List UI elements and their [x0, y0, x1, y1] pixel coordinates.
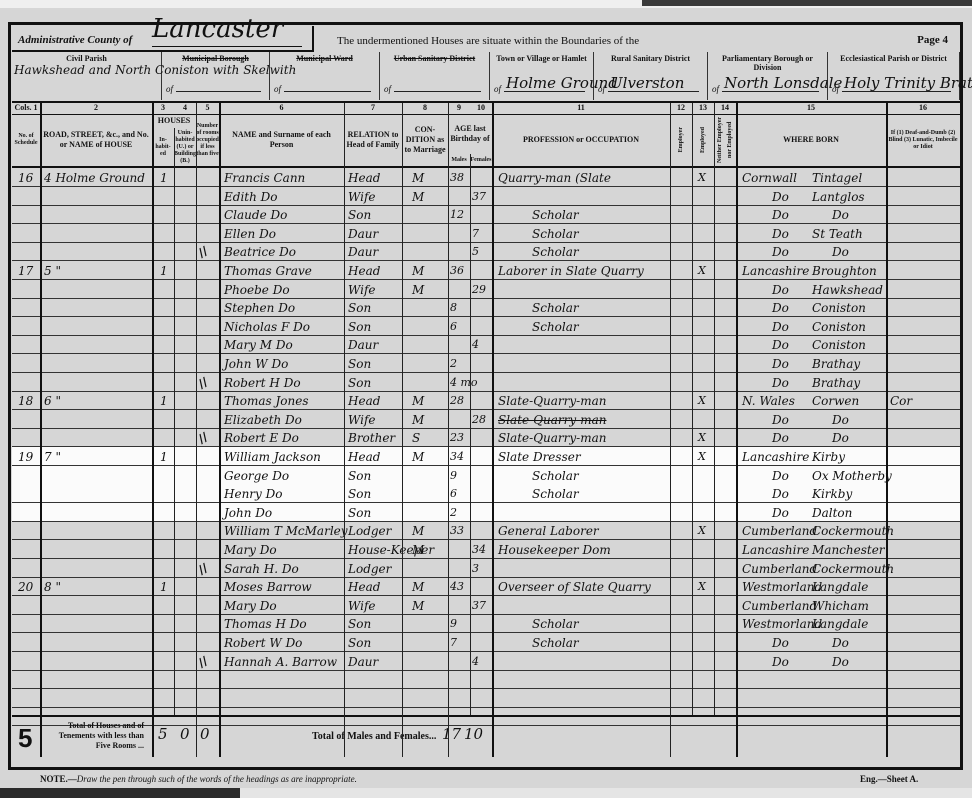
- cell-name: Nicholas F Do: [224, 317, 310, 335]
- cell-born-place: Ox Motherby: [812, 466, 892, 484]
- cell-occupation: Scholar: [532, 484, 579, 502]
- cell-name: Beatrice Do: [224, 242, 296, 260]
- district-caption: Parliamentary Borough or Division: [708, 54, 827, 72]
- heading-text: If (1) Deaf-and-Dumb (2) Blind (3) Lunat…: [888, 130, 958, 151]
- cell-condition: S: [412, 428, 420, 446]
- table-row: 208 "1Moses BarrowHeadM43Overseer of Sla…: [12, 577, 960, 596]
- column-number: 11: [492, 103, 670, 112]
- note-prefix: NOTE.—: [40, 774, 77, 784]
- heading-text: PROFESSION or OCCUPATION: [523, 135, 639, 145]
- cell-born-place: Tintagel: [812, 168, 862, 186]
- heading-text: CON-DITION as to Marriage: [404, 125, 446, 155]
- of-label: of: [712, 84, 719, 94]
- cell-name: John W Do: [224, 354, 288, 372]
- header-row: Administrative County of Lancaster The u…: [12, 26, 960, 50]
- cell-occupation: Scholar: [532, 317, 579, 335]
- cell-name: Henry Do: [224, 484, 282, 502]
- cell-born-county: Do: [772, 242, 789, 260]
- grid-line: [40, 103, 42, 757]
- houses-total-label: Total of Houses and of Tenements with le…: [52, 721, 144, 751]
- grid-line: [886, 103, 888, 757]
- cell-name: William Jackson: [224, 447, 321, 465]
- table-row: [12, 689, 960, 708]
- table-row: //Robert E DoBrotherS23Slate-Quarry-manX…: [12, 428, 960, 447]
- cell-address: 4 Holme Ground: [44, 168, 145, 186]
- heading-address: ROAD, STREET, &c., and No. or NAME of HO…: [40, 114, 152, 166]
- cell-relation: Son: [348, 373, 371, 391]
- note-text: Draw the pen through such of the words o…: [77, 774, 357, 784]
- table-row: John W DoSon2DoBrathay: [12, 354, 960, 373]
- cell-born-place: Coniston: [812, 317, 866, 335]
- cell-female-age: 4: [472, 335, 479, 353]
- cell-born-county: Do: [772, 428, 789, 446]
- table-row: Thomas H DoSon9ScholarWestmorlandLangdal…: [12, 614, 960, 633]
- cell-inhabited: 1: [160, 391, 168, 409]
- cell-born-place: Lantglos: [812, 187, 865, 205]
- cell-inhabited: 1: [160, 168, 168, 186]
- cell-occupation: Scholar: [532, 205, 579, 223]
- cell-inhabited: 1: [160, 577, 168, 595]
- cell-occupation: Slate-Quarry-man: [498, 428, 606, 446]
- cell-employed: X: [698, 447, 706, 465]
- cell-name: John Do: [224, 503, 272, 521]
- cell-male-age: 4 mo: [450, 373, 478, 391]
- cell-name: Thomas Jones: [224, 391, 309, 409]
- of-label: of: [274, 84, 281, 94]
- table-row: Robert W DoSon7ScholarDoDo: [12, 633, 960, 652]
- column-number: 6: [219, 103, 344, 112]
- column-number: 14: [714, 103, 736, 112]
- table-row: Claude DoSon12ScholarDoDo: [12, 205, 960, 224]
- cell-condition: M: [412, 540, 424, 558]
- cell-born-county: Do: [772, 373, 789, 391]
- district-caption: Town or Village or Hamlet: [490, 54, 593, 63]
- table-row: [12, 670, 960, 689]
- grid-line: [152, 103, 154, 757]
- cell-female-age: 34: [472, 540, 486, 558]
- cell-relation: Daur: [348, 242, 378, 260]
- cell-relation: Son: [348, 633, 371, 651]
- cell-condition: M: [412, 391, 424, 409]
- cell-name: Thomas H Do: [224, 614, 307, 632]
- cell-born-county: Cornwall: [742, 168, 797, 186]
- cell-female-age: 37: [472, 187, 486, 205]
- cell-relation: Wife: [348, 187, 376, 205]
- cell-relation: Daur: [348, 224, 378, 242]
- census-table: Cols. 12345678910111213141516 No. of Sch…: [12, 101, 960, 733]
- cell-occupation: Slate-Quarry-man: [498, 410, 606, 428]
- column-number: 10: [470, 103, 492, 112]
- heading-text: NAME and Surname of each Person: [221, 130, 342, 150]
- table-row: Henry DoSon6ScholarDoKirkby: [12, 484, 960, 503]
- district-caption: Municipal Borough: [162, 54, 269, 63]
- column-number: 5: [196, 103, 219, 112]
- heading-text: Males: [451, 157, 466, 164]
- boundary-text: The undermentioned Houses are situate wi…: [337, 35, 639, 47]
- cell-male-age: 9: [450, 614, 457, 632]
- heading-text: WHERE BORN: [783, 135, 839, 145]
- cell-name: Phoebe Do: [224, 280, 290, 298]
- cell-occupation: Scholar: [532, 298, 579, 316]
- district-caption: Urban Sanitary District: [380, 54, 489, 63]
- heading-name: NAME and Surname of each Person: [219, 114, 344, 166]
- males-total: 17: [442, 725, 461, 743]
- cell-inhabited: 1: [160, 261, 168, 279]
- cell-born-place: Do: [832, 242, 849, 260]
- cell-occupation: Scholar: [532, 224, 579, 242]
- district-3: Urban Sanitary Districtof: [380, 52, 490, 100]
- cell-male-age: 34: [450, 447, 464, 465]
- heading-text: Employed: [698, 127, 708, 153]
- cell-female-age: 5: [472, 242, 479, 260]
- table-row: Nicholas F DoSon6ScholarDoConiston: [12, 317, 960, 336]
- heading-rooms: Number of rooms occupied if less than fi…: [196, 114, 219, 166]
- cell-born-place: Coniston: [812, 335, 866, 353]
- column-number: 9: [448, 103, 470, 112]
- males-females-label: Total of Males and Females...: [312, 731, 436, 742]
- cell-employed: X: [698, 391, 706, 409]
- of-label: of: [832, 84, 839, 94]
- cell-born-place: Do: [832, 205, 849, 223]
- district-caption: Rural Sanitary District: [594, 54, 707, 63]
- of-label: of: [598, 84, 605, 94]
- cell-relation: Head: [348, 261, 380, 279]
- cell-male-age: 23: [450, 428, 464, 446]
- cell-schedule: 17: [18, 261, 33, 279]
- cell-address: 6 ": [44, 391, 61, 409]
- cell-relation: Son: [348, 503, 371, 521]
- cell-born-county: Do: [772, 280, 789, 298]
- cell-born-place: St Teath: [812, 224, 863, 242]
- heading-text: No. of Schedule: [14, 133, 38, 147]
- cell-name: Stephen Do: [224, 298, 295, 316]
- cell-relation: Head: [348, 577, 380, 595]
- fill-line: [176, 91, 261, 92]
- cell-relation: Wife: [348, 410, 376, 428]
- cell-born-county: Do: [772, 224, 789, 242]
- of-label: of: [166, 84, 173, 94]
- grid-line: [174, 128, 175, 715]
- uninhabited-total: 0: [180, 725, 190, 743]
- cell-name: Ellen Do: [224, 224, 276, 242]
- table-row: //Robert H DoSon4 moDoBrathay: [12, 373, 960, 392]
- heading-text: AGE last Birthday of: [450, 124, 490, 144]
- cell-relation: Head: [348, 168, 380, 186]
- heading-text: HOUSES: [158, 116, 190, 126]
- cell-schedule: 19: [18, 447, 33, 465]
- cell-born-place: Cockermouth: [812, 559, 894, 577]
- column-number: 8: [402, 103, 448, 112]
- footer-note: NOTE.—Draw the pen through such of the w…: [40, 774, 357, 784]
- cell-schedule: 18: [18, 391, 33, 409]
- column-number: 13: [692, 103, 714, 112]
- cell-schedule: 16: [18, 168, 33, 186]
- cell-employed: X: [698, 261, 706, 279]
- table-row: 197 "1William JacksonHeadM34Slate Dresse…: [12, 447, 960, 466]
- cell-male-age: 2: [450, 503, 457, 521]
- cell-name: William T McMarley: [224, 521, 348, 539]
- cell-female-age: 4: [472, 652, 479, 670]
- cell-born-county: Do: [772, 503, 789, 521]
- cell-occupation: Housekeeper Dom: [498, 540, 611, 558]
- column-number: 16: [886, 103, 960, 112]
- district-value: Ulverston: [610, 74, 684, 92]
- table-row: 186 "1Thomas JonesHeadM28Slate-Quarry-ma…: [12, 391, 960, 410]
- cell-relation: Daur: [348, 652, 378, 670]
- heading-text: Females: [471, 157, 492, 164]
- cell-name: Thomas Grave: [224, 261, 312, 279]
- table-row: Mary DoWifeM37CumberlandWhicham: [12, 596, 960, 615]
- cell-born-county: Do: [772, 652, 789, 670]
- heading-text: ROAD, STREET, &c., and No. or NAME of HO…: [42, 130, 150, 150]
- cell-born-place: Langdale: [812, 577, 868, 595]
- cell-male-age: 2: [450, 354, 457, 372]
- district-2: Municipal Wardof: [270, 52, 380, 100]
- cell-name: Robert E Do: [224, 428, 299, 446]
- district-caption: Ecclesiastical Parish or District: [828, 54, 959, 63]
- cell-born-county: Cumberland: [742, 521, 817, 539]
- cell-relation: Head: [348, 447, 380, 465]
- cell-male-age: 8: [450, 298, 457, 316]
- rooms-total: 0: [200, 725, 210, 743]
- cell-name: Claude Do: [224, 205, 287, 223]
- cell-name: Mary Do: [224, 540, 277, 558]
- cell-born-county: Cumberland: [742, 596, 817, 614]
- cell-born-place: Cockermouth: [812, 521, 894, 539]
- table-row: John DoSon2DoDalton: [12, 503, 960, 522]
- table-row: 175 "1Thomas GraveHeadM36Laborer in Slat…: [12, 261, 960, 280]
- totals-row: 5 Total of Houses and of Tenements with …: [12, 715, 960, 759]
- grid-line: [196, 103, 197, 757]
- heading-houses: HOUSES: [152, 114, 196, 128]
- cell-schedule: 20: [18, 577, 33, 595]
- cell-born-county: Do: [772, 410, 789, 428]
- cell-name: Robert H Do: [224, 373, 301, 391]
- cell-address: 8 ": [44, 577, 61, 595]
- column-headings: No. of ScheduleROAD, STREET, &c., and No…: [12, 114, 960, 168]
- district-6: Parliamentary Borough or DivisionofNorth…: [708, 52, 828, 100]
- table-row: Stephen DoSon8ScholarDoConiston: [12, 298, 960, 317]
- cell-relation: Son: [348, 298, 371, 316]
- cell-born-county: Do: [772, 335, 789, 353]
- heading-text: Unin-habited (U.) or Building (B.): [174, 130, 196, 165]
- heading-infirmity: If (1) Deaf-and-Dumb (2) Blind (3) Lunat…: [886, 114, 960, 166]
- cell-born-place: Kirby: [812, 447, 845, 465]
- cell-male-age: 9: [450, 466, 457, 484]
- cell-relation: Son: [348, 205, 371, 223]
- table-row: Mary DoHouse-KeeperM34Housekeeper DomLan…: [12, 540, 960, 559]
- cell-name: Francis Cann: [224, 168, 305, 186]
- cell-occupation: Slate-Quarry-man: [498, 391, 606, 409]
- cell-condition: M: [412, 521, 424, 539]
- cell-name: Moses Barrow: [224, 577, 312, 595]
- cell-born-county: N. Wales: [742, 391, 795, 409]
- heading-schedule: No. of Schedule: [12, 114, 40, 166]
- district-caption: Municipal Ward: [270, 54, 379, 63]
- grid-line: [714, 103, 715, 715]
- district-4: Town or Village or HamletofHolme Ground: [490, 52, 594, 100]
- cell-born-county: Cumberland: [742, 559, 817, 577]
- cell-condition: M: [412, 280, 424, 298]
- heading-employer: Employer: [670, 114, 692, 166]
- females-total: 10: [464, 725, 483, 743]
- heading-text: Number of rooms occupied if less than fi…: [196, 123, 219, 158]
- cell-male-age: 28: [450, 391, 464, 409]
- cell-infirmity: Cor: [890, 391, 912, 409]
- grid-line: [402, 103, 403, 757]
- heading-text: In-habit-ed: [154, 137, 172, 158]
- cell-occupation: Laborer in Slate Quarry: [498, 261, 644, 279]
- table-row: Elizabeth DoWifeM28Slate-Quarry-manDoDo: [12, 410, 960, 429]
- cell-occupation: Scholar: [532, 614, 579, 632]
- cell-born-place: Manchester: [812, 540, 885, 558]
- cell-name: Hannah A. Barrow: [224, 652, 337, 670]
- cell-born-place: Whicham: [812, 596, 869, 614]
- district-5: Rural Sanitary DistrictofUlverston: [594, 52, 708, 100]
- cell-born-county: Westmorland: [742, 614, 822, 632]
- cell-employed: X: [698, 168, 706, 186]
- heading-condition: CON-DITION as to Marriage: [402, 114, 448, 166]
- cell-inhabited: 1: [160, 447, 168, 465]
- table-row: //Hannah A. BarrowDaur4DoDo: [12, 652, 960, 671]
- column-number: 7: [344, 103, 402, 112]
- cell-employed: X: [698, 577, 706, 595]
- scan-top-edge: [0, 0, 972, 8]
- cell-occupation: Quarry-man (Slate: [498, 168, 611, 186]
- cell-female-age: 3: [472, 559, 479, 577]
- cell-name: George Do: [224, 466, 289, 484]
- cell-born-county: Do: [772, 633, 789, 651]
- cell-born-place: Broughton: [812, 261, 877, 279]
- cell-condition: M: [412, 261, 424, 279]
- grid-line: [344, 103, 345, 757]
- heading-inhabited: In-habit-ed: [152, 128, 174, 166]
- cell-born-county: Westmorland: [742, 577, 822, 595]
- cell-male-age: 7: [450, 633, 457, 651]
- grid-line: [219, 103, 221, 757]
- cell-male-age: 6: [450, 317, 457, 335]
- cell-relation: Son: [348, 317, 371, 335]
- inhabited-total: 5: [158, 725, 168, 743]
- district-0: Civil ParishHawkshead and North Coniston…: [12, 52, 162, 100]
- column-number: 4: [174, 103, 196, 112]
- cell-address: 7 ": [44, 447, 61, 465]
- cell-condition: M: [412, 410, 424, 428]
- grid-line: [448, 103, 449, 757]
- cell-male-age: 36: [450, 261, 464, 279]
- district-value: Holy Trinity Brathay: [844, 74, 972, 92]
- cell-born-place: Brathay: [812, 354, 860, 372]
- schedules-total: 5: [18, 723, 32, 754]
- cell-condition: M: [412, 577, 424, 595]
- table-row: //Beatrice DoDaur5ScholarDoDo: [12, 242, 960, 261]
- cell-born-county: Do: [772, 354, 789, 372]
- heading-born: WHERE BORN: [736, 114, 886, 166]
- of-label: of: [494, 84, 501, 94]
- cell-condition: M: [412, 187, 424, 205]
- cell-born-county: Do: [772, 187, 789, 205]
- cell-born-place: Coniston: [812, 298, 866, 316]
- cell-born-county: Do: [772, 484, 789, 502]
- cell-relation: Lodger: [348, 521, 391, 539]
- heading-neither: Neither Employer nor Employed: [714, 114, 736, 166]
- heading-females: Females: [470, 154, 492, 166]
- cell-male-age: 33: [450, 521, 464, 539]
- grid-line: [692, 103, 693, 715]
- table-row: //Sarah H. DoLodger3CumberlandCockermout…: [12, 559, 960, 578]
- cell-employed: X: [698, 428, 706, 446]
- cell-name: Mary M Do: [224, 335, 293, 353]
- heading-occupation: PROFESSION or OCCUPATION: [492, 114, 670, 166]
- cell-name: Mary Do: [224, 596, 277, 614]
- table-row: Edith DoWifeM37DoLantglos: [12, 187, 960, 206]
- cell-born-place: Do: [832, 633, 849, 651]
- column-number: 2: [40, 103, 152, 112]
- sheet-label: Eng.—Sheet A.: [860, 774, 918, 784]
- cell-relation: Wife: [348, 596, 376, 614]
- cell-born-place: Do: [832, 428, 849, 446]
- cell-born-place: Do: [832, 652, 849, 670]
- cell-female-age: 7: [472, 224, 479, 242]
- column-number: 12: [670, 103, 692, 112]
- cell-name: Robert W Do: [224, 633, 302, 651]
- grid-line: [670, 103, 671, 757]
- cell-relation: Son: [348, 354, 371, 372]
- cell-male-age: 38: [450, 168, 464, 186]
- cell-male-age: 6: [450, 484, 457, 502]
- cell-employed: X: [698, 521, 706, 539]
- cell-born-place: Corwen: [812, 391, 859, 409]
- table-row: Mary M DoDaur4DoConiston: [12, 335, 960, 354]
- cell-occupation: Slate Dresser: [498, 447, 581, 465]
- cell-relation: Wife: [348, 280, 376, 298]
- cell-born-county: Do: [772, 205, 789, 223]
- table-row: George DoSon9ScholarDoOx Motherby: [12, 466, 960, 485]
- page-number: Page 4: [917, 34, 948, 46]
- admin-county-box: Administrative County of Lancaster: [12, 26, 314, 52]
- cell-relation: Son: [348, 614, 371, 632]
- cell-born-place: Kirkby: [812, 484, 852, 502]
- cell-born-county: Do: [772, 298, 789, 316]
- heading-age: AGE last Birthday of: [448, 114, 492, 154]
- cell-address: 5 ": [44, 261, 61, 279]
- grid-line: [736, 103, 738, 757]
- cell-condition: M: [412, 596, 424, 614]
- cell-occupation: Scholar: [532, 242, 579, 260]
- cell-relation: Lodger: [348, 559, 391, 577]
- cell-name: Elizabeth Do: [224, 410, 302, 428]
- heading-uninhabited: Unin-habited (U.) or Building (B.): [174, 128, 196, 166]
- grid-line: [492, 103, 494, 757]
- district-1: Municipal Boroughof: [162, 52, 270, 100]
- cell-condition: M: [412, 447, 424, 465]
- cell-occupation: Overseer of Slate Quarry: [498, 577, 651, 595]
- cell-born-place: Brathay: [812, 373, 860, 391]
- column-number: 3: [152, 103, 174, 112]
- cell-born-county: Lancashire: [742, 540, 809, 558]
- cell-male-age: 12: [450, 205, 464, 223]
- fill-line: [284, 91, 371, 92]
- cell-born-place: Langdale: [812, 614, 868, 632]
- grid-line: [470, 154, 471, 715]
- district-row: Civil ParishHawkshead and North Coniston…: [12, 52, 960, 100]
- cell-relation: Son: [348, 484, 371, 502]
- heading-text: Employer: [676, 127, 686, 152]
- cell-born-place: Do: [832, 410, 849, 428]
- cell-female-age: 37: [472, 596, 486, 614]
- cell-born-county: Do: [772, 466, 789, 484]
- cell-occupation: Scholar: [532, 466, 579, 484]
